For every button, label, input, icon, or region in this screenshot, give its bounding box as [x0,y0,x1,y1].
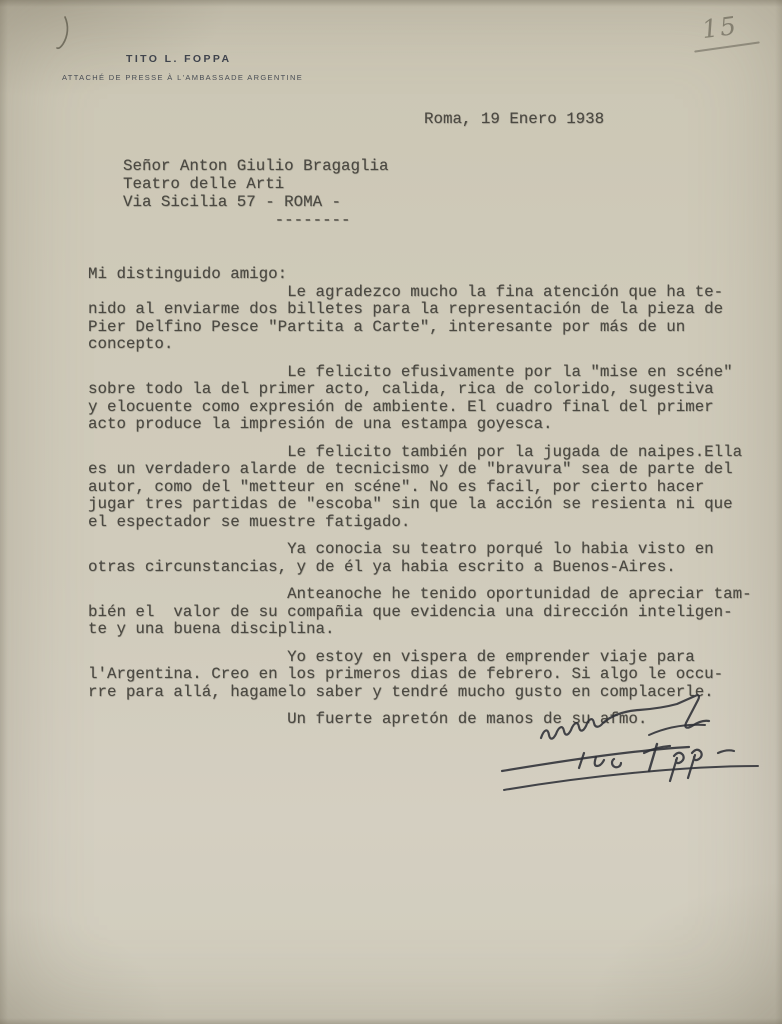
body-line: y elocuente como expresión de ambiente. … [88,399,774,417]
body-line: nido al enviarme dos billetes para la re… [88,301,774,319]
letter-body: Mi distinguido amigo: Le agradezco mucho… [88,266,774,729]
body-line: Le felicito efusivamente por la "mise en… [88,364,774,382]
blank-line [88,639,774,649]
body-line: Le felicito también por la jugada de nai… [88,444,774,462]
blank-line [88,354,774,364]
signature-name [496,742,768,796]
dateline: Roma, 19 Enero 1938 [424,110,604,128]
address-line: Señor Anton Giulio Bragaglia [123,157,388,175]
recipient-address: Señor Anton Giulio Bragaglia Teatro dell… [123,157,388,229]
body-line: Ya conocia su teatro porqué lo habia vis… [88,541,774,559]
body-line: acto produce la impresión de una estampa… [88,416,774,434]
body-line: te y una buena disciplina. [88,621,774,639]
body-line: rre para allá, hagamelo saber y tendré m… [88,684,774,702]
address-line: Via Sicilia 57 - ROMA - [123,193,388,211]
letter-scan: 15 TITO L. FOPPA ATTACHÉ DE PRESSE À L'A… [0,0,782,1024]
letterhead-name: TITO L. FOPPA [126,53,231,65]
body-line: es un verdadero alarde de tecnicismo y d… [88,461,774,479]
pen-mark [54,15,72,53]
address-line: Teatro delle Arti [123,175,388,193]
address-line: -------- [123,211,388,229]
body-line: concepto. [88,336,774,354]
body-line: otras circunstancias, y de él ya habia e… [88,559,774,577]
body-line: bién el valor de su compañia que evidenc… [88,604,774,622]
salutation: Mi distinguido amigo: [88,266,774,284]
body-line: autor, como del "metteur en scéne". No e… [88,479,774,497]
letterhead-subtitle: ATTACHÉ DE PRESSE À L'AMBASSADE ARGENTIN… [62,73,303,82]
page-number-pencil: 15 [700,11,739,44]
body-line: jugar tres partidas de "escoba" sin que … [88,496,774,514]
body-line: Yo estoy en vispera de emprender viaje p… [88,649,774,667]
body-line: Anteanoche he tenido oportunidad de apre… [88,586,774,604]
blank-line [88,434,774,444]
body-line: Pier Delfino Pesce "Partita a Carte", in… [88,319,774,337]
body-line: sobre todo la del primer acto, calida, r… [88,381,774,399]
body-line: el espectador se muestre fatigado. [88,514,774,532]
body-line: Le agradezco mucho la fina atención que … [88,284,774,302]
body-line: l'Argentina. Creo en los primeros dias d… [88,666,774,684]
